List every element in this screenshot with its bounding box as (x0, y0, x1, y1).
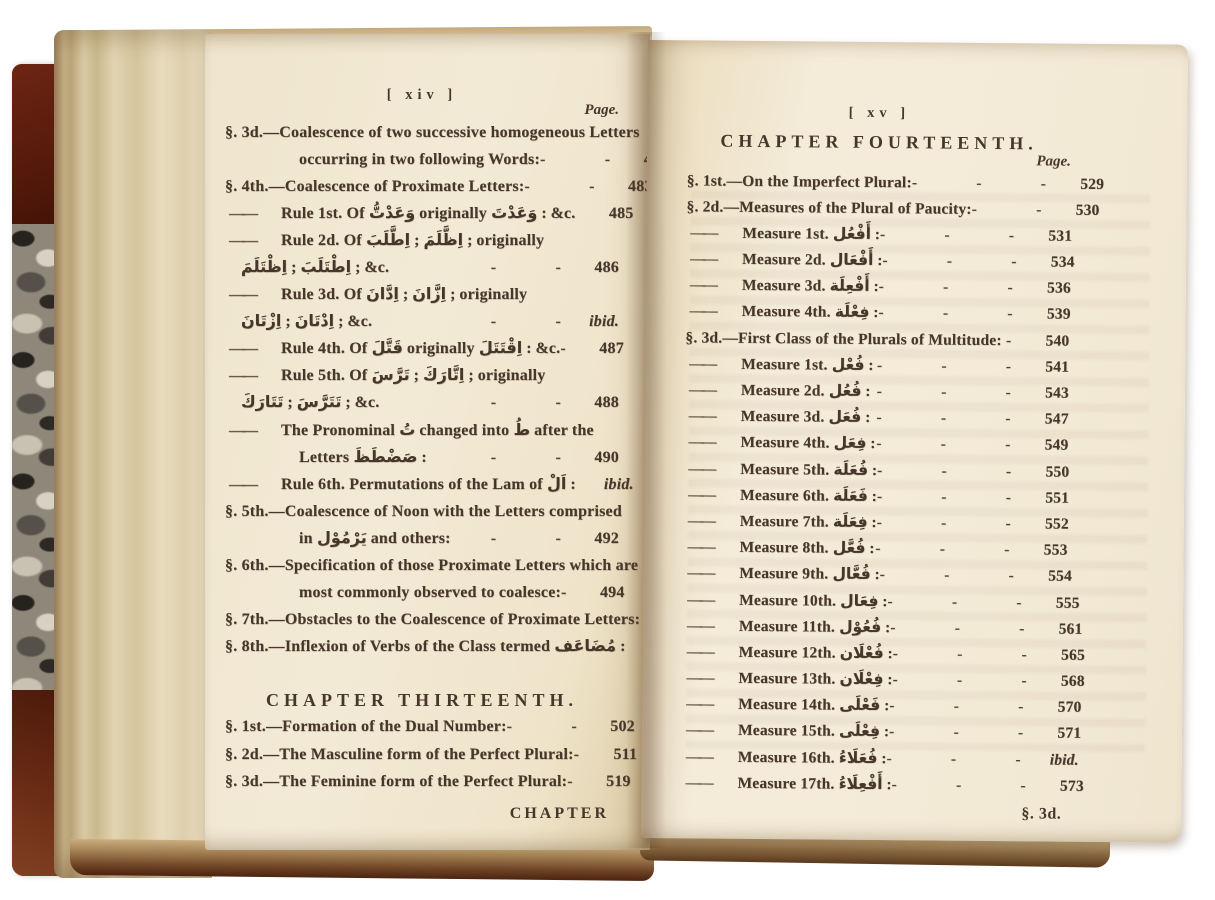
ditto-dash: —— (690, 304, 715, 320)
toc-line-page-number: ibid. (573, 314, 619, 330)
toc-line-leaders: - - - (870, 410, 1023, 427)
ditto-dash: —— (688, 435, 713, 451)
chapter-thirteenth-heading: CHAPTER THIRTEENTH. (225, 691, 619, 709)
ditto-dash: —— (229, 368, 255, 384)
toc-line-text: Rule 3d. Of اِدَّانَ‎ ; اِزَّانَ‎ ; orig… (225, 287, 527, 303)
toc-line-text: The Pronominal تُ‎ changed into طُ‎ afte… (225, 423, 594, 439)
left-catchword: CHAPTER (225, 806, 619, 822)
ditto-dash: —— (229, 477, 255, 493)
toc-line-leaders: - - (380, 395, 574, 411)
toc-line: §. 7th.—Obstacles to the Coalescence of … (225, 612, 619, 639)
toc-line: §. 2d.—The Masculine form of the Perfect… (225, 747, 619, 775)
toc-line: Letters صَضْطَظَ‎ : - - 490 (225, 450, 619, 477)
toc-line: §. 3d.—Coalescence of two successive hom… (225, 125, 619, 152)
toc-line-text: Measure 15th. فِعْلَى‎ : (682, 723, 889, 740)
toc-line-leaders: - - (451, 531, 573, 547)
left-folio-number: [ xiv ] (225, 88, 619, 103)
toc-line-text: §. 3d.—First Class of the Plurals of Mul… (685, 330, 1001, 348)
toc-line-leaders: - - - (877, 463, 1023, 480)
toc-line-page-number: 539 (1025, 307, 1071, 323)
toc-line-leaders: - - - (880, 227, 1026, 244)
toc-line-leaders: - - - (878, 305, 1024, 322)
right-page-column-label: Page. (687, 151, 1071, 169)
toc-line-leaders: - - - (887, 594, 1033, 611)
toc-line-text: Measure 12th. فُعْلَان‎ : (683, 644, 893, 661)
toc-line-text: §. 3d.—The Feminine form of the Perfect … (225, 774, 567, 790)
ditto-dash: —— (687, 592, 712, 608)
toc-line-text: Measure 17th. أَفْعِلَاءُ‎ : (681, 775, 891, 792)
ditto-dash: —— (686, 697, 711, 713)
toc-line: —— Measure 17th. أَفْعِلَاءُ‎ : - - - 57… (681, 775, 1065, 805)
toc-line-text: Measure 10th. فِعَال‎ : (683, 592, 887, 609)
toc-line-text: Rule 2d. Of اِطَّلَبَ‎ ; اِظَّلَمَ‎ ; or… (225, 233, 544, 249)
toc-line-page-number: 486 (573, 260, 619, 276)
left-page: [ xiv ] Page. §. 3d.—Coalescence of two … (205, 34, 650, 850)
toc-line-page-number: 529 (1058, 176, 1104, 192)
toc-line-text: Rule 4th. Of قَتَّلَ‎ originally اِقْتَت… (225, 341, 560, 357)
toc-line-leaders: - - - (875, 436, 1022, 453)
toc-line-page-number: 570 (1035, 700, 1081, 716)
toc-line-leaders: - - - (877, 515, 1023, 532)
toc-line: §. 8th.—Inflexion of Verbs of the Class … (225, 639, 619, 666)
toc-line-leaders: - (574, 747, 592, 763)
toc-line-page-number: 547 (1023, 411, 1069, 427)
ditto-dash: —— (687, 566, 712, 582)
ditto-dash: —— (229, 287, 255, 303)
toc-line: in يَرْمُوْل‎ and others: - - 492 (225, 531, 619, 558)
toc-line-page-number: 487 (578, 341, 624, 357)
right-catchword: §. 3d. (681, 803, 1065, 822)
ditto-dash: —— (229, 233, 255, 249)
toc-line-text: Measure 16th. فُعَلَاءُ‎ : (682, 749, 887, 766)
toc-line: most commonly observed to coalesce: - 49… (225, 585, 619, 612)
toc-line-page-number: 565 (1039, 647, 1085, 663)
ditto-dash: —— (687, 618, 712, 634)
toc-line-leaders: - - (427, 450, 573, 466)
page-fore-edges (54, 30, 212, 878)
ditto-dash: —— (229, 423, 255, 439)
toc-line-leaders: - - - (880, 567, 1026, 584)
left-page-text: [ xiv ] Page. §. 3d.—Coalescence of two … (225, 88, 619, 822)
toc-line-page-number: 555 (1034, 595, 1080, 611)
toc-line-text: Measure 14th. فَعْلَى‎ : (682, 697, 889, 714)
toc-line-page-number: 536 (1025, 281, 1071, 297)
toc-line-leaders: - - - (889, 698, 1035, 715)
toc-line: —— Rule 6th. Permutations of the Lam of … (225, 477, 619, 504)
toc-line-text: §. 3d.—Coalescence of two successive hom… (225, 125, 640, 141)
toc-line-leaders: - - (524, 179, 606, 195)
toc-line-text: §. 2d.—Measures of the Plural of Paucity… (686, 199, 971, 217)
ditto-dash: —— (688, 461, 713, 477)
toc-line-text: occurring in two following Words: (225, 152, 540, 168)
ditto-dash: —— (685, 775, 710, 791)
toc-line-page-number: ibid. (1033, 752, 1079, 768)
toc-line: —— Rule 4th. Of قَتَّلَ‎ originally اِقْ… (225, 341, 619, 368)
toc-line: —— Rule 5th. Of تَرَّسَ‎ ; اِتَّارَكَ‎ ;… (225, 368, 619, 395)
toc-line-page-number: 531 (1026, 228, 1072, 244)
toc-line-leaders: - - - (889, 725, 1035, 742)
ditto-dash: —— (229, 341, 255, 357)
toc-line: اِظْتَلَمَ‎ ; اِطْتَلَبَ‎ ; &c. - - 486 (225, 260, 619, 287)
toc-line: §. 1st.—Formation of the Dual Number: - … (225, 719, 619, 747)
toc-line-page-number: 502 (589, 719, 635, 735)
toc-line-page-number: 573 (1038, 778, 1084, 794)
right-page: [ xv ] CHAPTER FOURTEENTH. Page. §. 1st.… (641, 40, 1188, 843)
toc-line-text: Rule 6th. Permutations of the Lam of اَل… (225, 477, 576, 493)
ditto-dash: —— (690, 251, 715, 267)
toc-line-leaders: - - - (882, 253, 1028, 270)
right-toc-list: §. 1st.—On the Imperfect Plural: - - - 5… (681, 173, 1070, 805)
toc-line-leaders: - - - (879, 279, 1025, 296)
toc-line-page-number: 549 (1022, 438, 1068, 454)
toc-line-text: Rule 5th. Of تَرَّسَ‎ ; اِتَّارَكَ‎ ; or… (225, 368, 545, 384)
toc-line-leaders: - - (507, 719, 589, 735)
toc-line-page-number: 568 (1039, 673, 1085, 689)
toc-line-leaders: - - - (886, 751, 1032, 768)
ditto-dash: —— (686, 749, 711, 765)
toc-line-leaders: - - (372, 314, 573, 330)
toc-line-page-number: 552 (1023, 516, 1069, 532)
toc-line-page-number: 511 (591, 747, 637, 763)
toc-line-text: §. 4th.—Coalescence of Proximate Letters… (225, 179, 524, 195)
toc-line-text: اِزْتَانَ‎ ; اِدْتَانَ‎ ; &c. (225, 314, 372, 330)
ditto-dash: —— (690, 225, 715, 241)
toc-line: —— The Pronominal تُ‎ changed into طُ‎ a… (225, 423, 619, 450)
toc-line-text: §. 1st.—Formation of the Dual Number: (225, 719, 507, 735)
toc-line-text: §. 1st.—On the Imperfect Plural: (687, 173, 912, 190)
toc-line-page-number: 530 (1053, 202, 1099, 218)
toc-line: تَتَارَكَ‎ ; تَتَرَّسَ‎ ; &c. - - 488 (225, 395, 619, 422)
ditto-dash: —— (686, 723, 711, 739)
toc-line-leaders: - - - (890, 620, 1036, 637)
toc-line-page-number: 541 (1023, 359, 1069, 375)
toc-line-text: Measure 13th. فِعْلَان‎ : (682, 670, 892, 687)
toc-line-text: §. 7th.—Obstacles to the Coalescence of … (225, 612, 640, 628)
toc-line-leaders: - - (389, 260, 573, 276)
toc-line: —— Measure 4th. فِعَل‎ : - - - 549 (684, 435, 1068, 465)
toc-line-leaders: - - - (874, 541, 1021, 558)
toc-line-page-number: 553 (1021, 542, 1067, 558)
ditto-dash: —— (686, 670, 711, 686)
toc-line-leaders: - (561, 585, 579, 601)
ditto-dash: —— (689, 356, 714, 372)
toc-line-leaders: - - - (893, 646, 1039, 663)
toc-line-leaders: - (567, 774, 585, 790)
toc-line-page-number: 519 (585, 774, 631, 790)
toc-line-page-number: 494 (579, 585, 625, 601)
toc-line-text: in يَرْمُوْل‎ and others: (225, 531, 451, 547)
toc-line-page-number: 561 (1036, 621, 1082, 637)
toc-line: —— Measure 9th. فُعَّال‎ : - - - 554 (683, 566, 1067, 596)
toc-line-leaders: - (560, 341, 578, 357)
toc-line: —— Rule 3d. Of اِدَّانَ‎ ; اِزَّانَ‎ ; o… (225, 287, 619, 314)
toc-line-text: most commonly observed to coalesce: (225, 585, 561, 601)
toc-line-page-number: 571 (1035, 726, 1081, 742)
toc-line-text: Measure 9th. فُعَّال‎ : (683, 566, 880, 583)
toc-line-leaders: - - - (870, 384, 1023, 401)
toc-line-text: تَتَارَكَ‎ ; تَتَرَّسَ‎ ; &c. (225, 395, 380, 411)
toc-line-page-number: 543 (1023, 385, 1069, 401)
toc-line-page-number: ibid. (588, 477, 634, 493)
ditto-dash: —— (689, 382, 714, 398)
toc-line-leaders: - - - (873, 358, 1023, 375)
ditto-dash: —— (688, 487, 713, 503)
toc-line-leaders: - - (540, 152, 622, 168)
toc-line: occurring in two following Words: - - 48… (225, 152, 619, 179)
left-toc-list: §. 3d.—Coalescence of two successive hom… (225, 125, 619, 667)
toc-line: §. 3d.—The Feminine form of the Perfect … (225, 774, 619, 802)
toc-line-text: §. 8th.—Inflexion of Verbs of the Class … (225, 639, 625, 655)
toc-line-text: Letters صَضْطَظَ‎ : (225, 450, 427, 466)
toc-line-text: Measure 2d. أَفْعَال‎ : (686, 251, 882, 268)
ditto-dash: —— (690, 278, 715, 294)
toc-line-leaders: - - - (877, 489, 1023, 506)
ditto-dash: —— (229, 206, 255, 222)
toc-line-page-number: 488 (573, 395, 619, 411)
toc-line-page-number: 534 (1029, 254, 1075, 270)
ditto-dash: —— (689, 409, 714, 425)
toc-line-page-number: 550 (1023, 464, 1069, 480)
toc-line: اِزْتَانَ‎ ; اِدْتَانَ‎ ; &c. - - ibid. (225, 314, 619, 341)
toc-line: §. 4th.—Coalescence of Proximate Letters… (225, 179, 619, 206)
toc-line-text: اِظْتَلَمَ‎ ; اِطْتَلَبَ‎ ; &c. (225, 260, 389, 276)
toc-line: —— Rule 1st. Of وَعَدْتُّ‎ originally وَ… (225, 206, 619, 233)
toc-line-text: §. 6th.—Specification of those Proximate… (225, 558, 638, 574)
toc-line-text: Rule 1st. Of وَعَدْتُّ‎ originally وَعَد… (225, 206, 576, 222)
ditto-dash: —— (687, 644, 712, 660)
toc-line-page-number: 551 (1023, 490, 1069, 506)
toc-line-text: §. 5th.—Coalescence of Noon with the Let… (225, 504, 622, 520)
ditto-dash: —— (688, 513, 713, 529)
toc-line-leaders: - - - (912, 175, 1058, 192)
toc-line-page-number: 485 (588, 206, 634, 222)
toc-line-page-number: 490 (573, 450, 619, 466)
toc-line-page-number: 492 (573, 531, 619, 547)
toc-line: §. 5th.—Coalescence of Noon with the Let… (225, 504, 619, 531)
toc-line-text: Measure 11th. فُعُوْل‎ : (683, 618, 891, 635)
chapter-fourteenth-heading: CHAPTER FOURTEENTH. (687, 131, 1071, 152)
toc-line: —— Rule 2d. Of اِطَّلَبَ‎ ; اِظَّلَمَ‎ ;… (225, 233, 619, 260)
toc-line: §. 6th.—Specification of those Proximate… (225, 558, 619, 585)
chapter-thirteenth-toc-list: §. 1st.—Formation of the Dual Number: - … (225, 719, 619, 802)
open-book-photo: [ xiv ] Page. §. 3d.—Coalescence of two … (0, 0, 1215, 900)
left-page-column-label: Page. (225, 103, 619, 118)
right-page-text: [ xv ] CHAPTER FOURTEENTH. Page. §. 1st.… (681, 104, 1071, 822)
toc-line-page-number: 554 (1026, 569, 1072, 585)
toc-line-leaders: - - - (892, 672, 1038, 689)
toc-line-leaders: - - (972, 202, 1054, 218)
toc-line-text: §. 2d.—The Masculine form of the Perfect… (225, 747, 574, 763)
toc-line-leaders: - - - (892, 777, 1038, 794)
right-folio-number: [ xv ] (687, 104, 1071, 122)
ditto-dash: —— (688, 539, 713, 555)
toc-line-page-number: 540 (1023, 333, 1069, 349)
toc-line-leaders: - (1002, 333, 1024, 349)
